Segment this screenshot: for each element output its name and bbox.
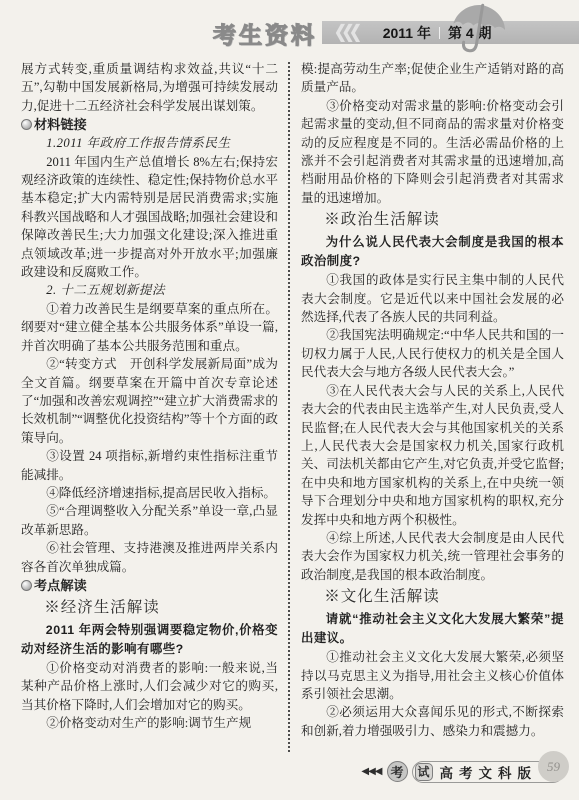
paragraph: ①价格变动对消费者的影响:一般来说,当某种产品价格上涨时,人们会减少对它的购买,…: [21, 659, 278, 714]
footer-arrows-icon: ◀◀◀: [361, 766, 381, 777]
section-bullet-icon: [21, 580, 32, 591]
issue-year: 2011 年: [383, 23, 431, 43]
paragraph: 1.2011 年政府工作报告情系民生: [21, 134, 278, 152]
footer-badge-circle: 考: [387, 761, 408, 782]
paragraph: 2011 年国内生产总值增长 8%左右;保持宏观经济政策的连续性、稳定性;保持物…: [21, 153, 278, 282]
chevrons-icon: ❮❮❮: [334, 22, 357, 44]
left-column: 展方式转变,重质量调结构求效益,共议“十二五”,勾勒中国发展新格局,为增强可持续…: [21, 60, 278, 760]
page-header: 考生资料 ❮❮❮ 2011 年 第 4 期: [0, 0, 579, 58]
paragraph: ②我国宪法明确规定:“中华人民共和国的一切权力属于人民,人民行使权力的机关是全国…: [301, 326, 564, 381]
paragraph: ①推动社会主义文化大发展大繁荣,必须坚持以马克思主义为指导,用社会主义核心价值体…: [301, 648, 564, 703]
paragraph: 2. 十二五规划新提法: [21, 281, 278, 299]
paragraph: ②价格变动对生产的影响:调节生产规: [21, 714, 278, 732]
section-heading-label: 考点解读: [34, 576, 87, 595]
issue-separator: [439, 27, 440, 39]
section-bullet-icon: [21, 119, 32, 130]
paragraph: 请就“推动社会主义文化大发展大繁荣”提出建议。: [301, 610, 564, 648]
right-column: 模:提高劳动生产率;促使企业生产适销对路的高质量产品。③价格变动对需求量的影响:…: [301, 60, 564, 760]
paragraph: ④降低经济增速指标,提高居民收入指标。: [21, 484, 278, 502]
paragraph: ※政治生活解读: [301, 207, 564, 233]
masthead-logo: 考生资料: [213, 17, 317, 50]
paragraph: ②“转变方式 开创科学发展新局面”成为全文首篇。纲要草案在开篇中首次专章论述了“…: [21, 355, 278, 447]
section-heading: 材料链接: [21, 115, 278, 134]
footer-series-title: 高考文科版: [440, 762, 538, 782]
section-heading-label: 材料链接: [34, 115, 87, 134]
paragraph: ②必须运用大众喜闻乐见的形式,不断探索和创新,着力增强吸引力、感染力和震撼力。: [301, 703, 564, 740]
column-divider: [288, 62, 290, 752]
paragraph: ※经济生活解读: [21, 595, 278, 621]
page-number: 59: [538, 751, 569, 782]
section-heading: 考点解读: [21, 576, 278, 595]
paragraph: ※文化生活解读: [301, 584, 564, 610]
page-body: 展方式转变,重质量调结构求效益,共议“十二五”,勾勒中国发展新格局,为增强可持续…: [0, 60, 579, 760]
paragraph: ③在人民代表大会与人民的关系上,人民代表大会的代表由民主选举产生,对人民负责,受…: [301, 382, 564, 529]
paragraph: ③价格变动对需求量的影响:价格变动会引起需求量的变动,但不同商品的需求量对价格变…: [301, 97, 564, 207]
page-footer: ◀◀◀ 考 试 高考文科版 59: [361, 751, 569, 792]
paragraph: ⑤“合理调整收入分配关系”单设一章,凸显改革新思路。: [21, 502, 278, 539]
paragraph: 模:提高劳动生产率;促使企业生产适销对路的高质量产品。: [301, 60, 564, 97]
paragraph: 展方式转变,重质量调结构求效益,共议“十二五”,勾勒中国发展新格局,为增强可持续…: [21, 60, 278, 115]
footer-badge-square: 试: [415, 763, 433, 781]
paragraph: ④综上所述,人民代表大会制度是由人民代表大会作为国家权力机关,统一管理社会事务的…: [301, 529, 564, 584]
paragraph: ③设置 24 项指标,新增约束性指标注重节能减排。: [21, 447, 278, 484]
paragraph: ⑥社会管理、支持港澳及推进两岸关系内容各首次单独成篇。: [21, 539, 278, 576]
paragraph: ①着力改善民生是纲要草案的重点所在。纲要对“建立健全基本公共服务体系”单设一篇,…: [21, 300, 278, 355]
paragraph: 2011 年两会特别强调要稳定物价,价格变动对经济生活的影响有哪些?: [21, 621, 278, 659]
paragraph: 为什么说人民代表大会制度是我国的根本政治制度?: [301, 233, 564, 271]
umbrella-icon: [448, 0, 512, 65]
paragraph: ①我国的政体是实行民主集中制的人民代表大会制度。它是近代以来中国社会发展的必然选…: [301, 271, 564, 326]
